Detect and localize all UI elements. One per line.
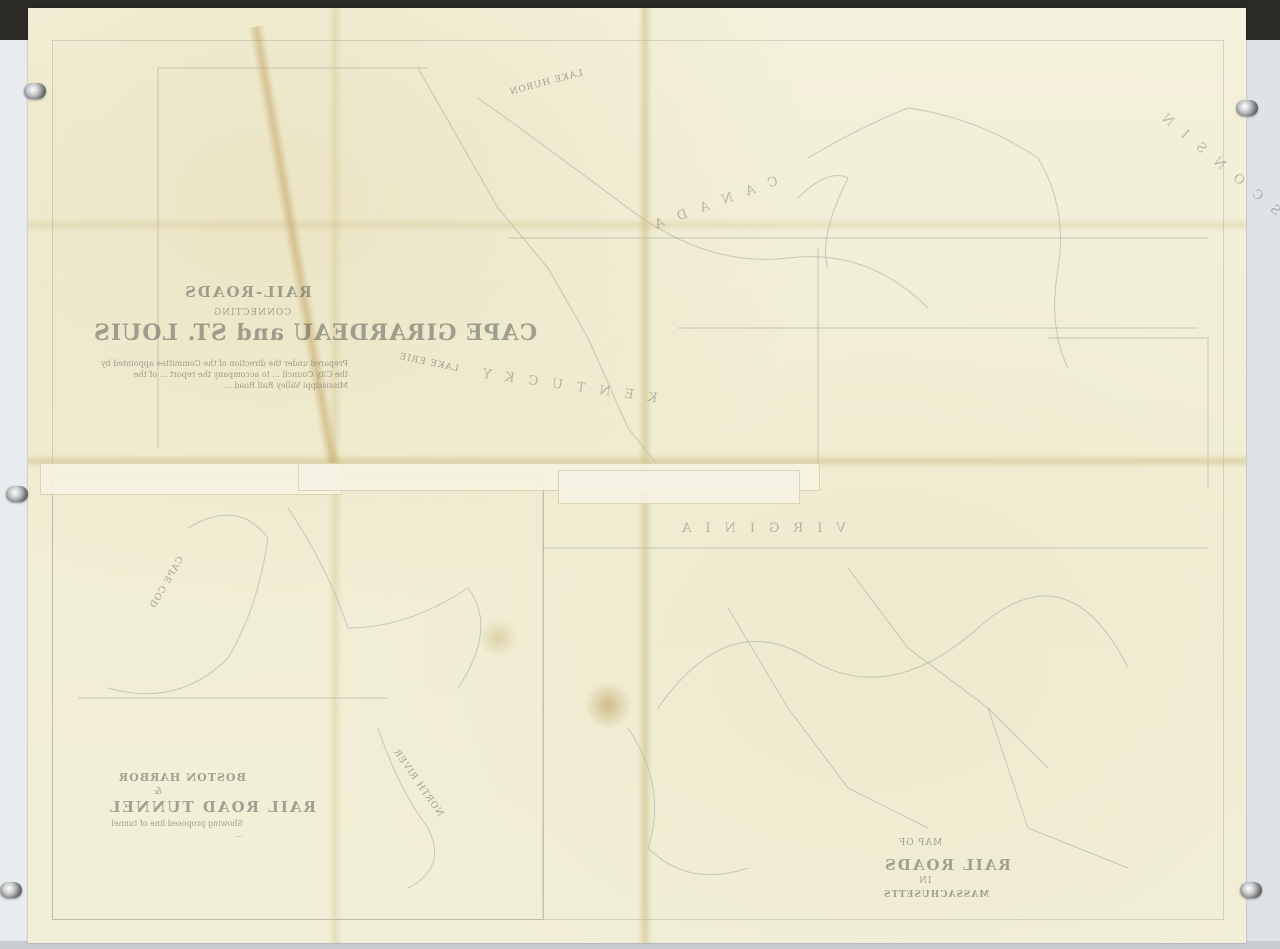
repair-tape	[558, 470, 800, 504]
stain-spot	[478, 618, 518, 658]
label-virginia: VIRGINIA	[668, 521, 846, 536]
inset-boston-line2: &	[153, 787, 162, 797]
map-sheet: RAIL-ROADS CONNECTING CAPE GIRARDEAU and…	[28, 8, 1246, 943]
inset-boston-frame	[52, 478, 544, 920]
title-line2: RAIL-ROADS	[183, 283, 312, 301]
title-line4: CAPE GIRARDEAU and ST. LOUIS	[93, 320, 537, 346]
inset-boston-description: Showing proposed line of tunnel ...	[103, 818, 243, 840]
title-line3: CONNECTING	[213, 308, 291, 318]
inset-boston-line1: BOSTON HARBOR	[118, 771, 246, 784]
repair-tape	[40, 463, 342, 495]
title-description: Prepared under the direction of the Comm…	[88, 358, 348, 391]
inset-mass-line2: RAIL ROADS	[883, 856, 1011, 874]
stain-spot	[583, 683, 633, 728]
pushpin-bottom-right	[1240, 882, 1262, 898]
inset-mass-line1: MAP OF	[898, 838, 942, 848]
pushpin-top-right	[1236, 100, 1258, 116]
fold-horizontal-upper	[28, 218, 1246, 232]
inset-mass-line3: IN	[918, 876, 931, 886]
pushpin-bottom-left	[0, 882, 22, 898]
pushpin-middle-left	[6, 486, 28, 502]
inset-mass-line4: MASSACHUSETTS	[883, 890, 989, 900]
pushpin-top-left	[24, 83, 46, 99]
inset-boston-line3: RAIL ROAD TUNNEL	[108, 798, 316, 816]
